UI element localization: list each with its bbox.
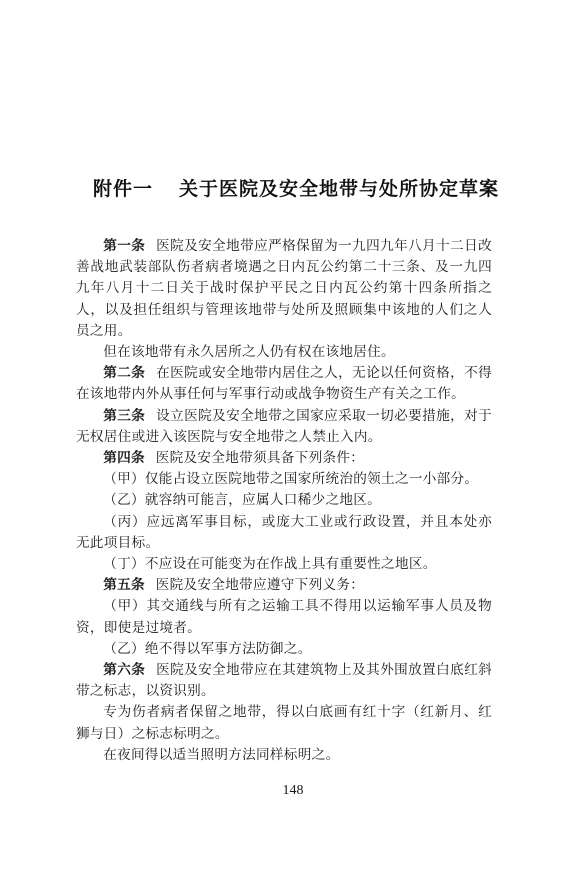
paragraph-article-5: 第五条医院及安全地带应遵守下列义务： — [76, 575, 492, 596]
paragraph-article-1: 第一条医院及安全地带应严格保留为一九四九年八月十二日改善战地武装部队伤者病者境遇… — [76, 236, 492, 342]
paragraph-item: （丙）应远离军事目标，或庞大工业或行政设置，并且本处亦无此项目标。 — [76, 512, 492, 554]
paragraph-item: （丁）不应设在可能变为在作战上具有重要性之地区。 — [76, 554, 492, 575]
paragraph-article-6: 第六条医院及安全地带应在其建筑物上及其外围放置白底红斜带之标志，以资识别。 — [76, 660, 492, 702]
appendix-heading: 关于医院及安全地带与处所协定草案 — [179, 178, 499, 200]
paragraph: 专为伤者病者保留之地带，得以白底画有红十字（红新月、红狮与日）之标志标明之。 — [76, 702, 492, 744]
paragraph-item: （乙）绝不得以军事方法防御之。 — [76, 639, 492, 660]
page-number: 148 — [0, 783, 586, 799]
paragraph-article-4: 第四条医院及安全地带须具备下列条件： — [76, 448, 492, 469]
paragraph-item: （乙）就容纳可能言，应属人口稀少之地区。 — [76, 490, 492, 511]
document-body: 第一条医院及安全地带应严格保留为一九四九年八月十二日改善战地武装部队伤者病者境遇… — [76, 236, 492, 766]
appendix-label: 附件一 — [93, 178, 153, 200]
paragraph: 但在该地带有永久居所之人仍有权在该地居住。 — [76, 342, 492, 363]
appendix-title: 附件一关于医院及安全地带与处所协定草案 — [93, 174, 499, 201]
paragraph-article-2: 第二条在医院或安全地带内居住之人，无论以任何资格，不得在该地带内外从事任何与军事… — [76, 363, 492, 405]
paragraph-item: （甲）其交通线与所有之运输工具不得用以运输军事人员及物资，即使是过境者。 — [76, 596, 492, 638]
paragraph-item: （甲）仅能占设立医院地带之国家所统治的领土之一小部分。 — [76, 469, 492, 490]
paragraph: 在夜间得以适当照明方法同样标明之。 — [76, 745, 492, 766]
paragraph-article-3: 第三条设立医院及安全地带之国家应采取一切必要措施，对于无权居住或进入该医院与安全… — [76, 406, 492, 448]
